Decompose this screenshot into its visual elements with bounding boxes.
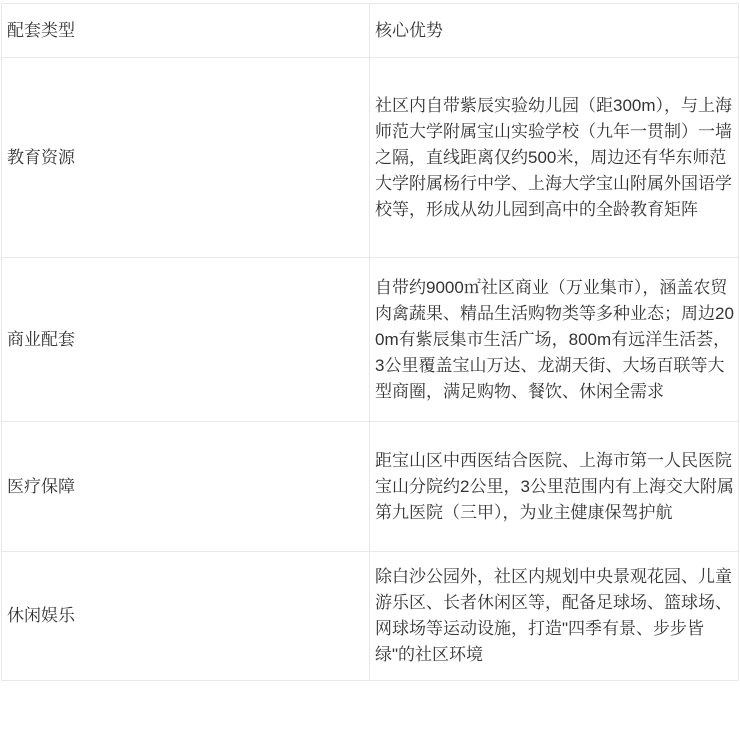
row-type-label: 商业配套 xyxy=(2,258,370,422)
table-row-commercial: 商业配套 自带约9000㎡社区商业（万业集市），涵盖农贸肉禽蔬果、精品生活购物类… xyxy=(2,258,739,422)
row-advantage-text: 自带约9000㎡社区商业（万业集市），涵盖农贸肉禽蔬果、精品生活购物类等多种业态… xyxy=(370,258,739,422)
table-row-medical: 医疗保障 距宝山区中西医结合医院、上海市第一人民医院宝山分院约2公里，3公里范围… xyxy=(2,422,739,552)
row-advantage-text: 距宝山区中西医结合医院、上海市第一人民医院宝山分院约2公里，3公里范围内有上海交… xyxy=(370,422,739,552)
table-row-leisure: 休闲娱乐 除白沙公园外，社区内规划中央景观花园、儿童游乐区、长者休闲区等，配备足… xyxy=(2,552,739,681)
row-type-label: 休闲娱乐 xyxy=(2,552,370,681)
page: 配套类型 核心优势 教育资源 社区内自带紫辰实验幼儿园（距300m），与上海师范… xyxy=(0,0,740,750)
table-row-education: 教育资源 社区内自带紫辰实验幼儿园（距300m），与上海师范大学附属宝山实验学校… xyxy=(2,58,739,258)
column-header-advantage: 核心优势 xyxy=(370,4,739,58)
row-advantage-text: 除白沙公园外，社区内规划中央景观花园、儿童游乐区、长者休闲区等，配备足球场、篮球… xyxy=(370,552,739,681)
row-type-label: 教育资源 xyxy=(2,58,370,258)
amenities-table: 配套类型 核心优势 教育资源 社区内自带紫辰实验幼儿园（距300m），与上海师范… xyxy=(1,3,739,681)
column-header-type: 配套类型 xyxy=(2,4,370,58)
row-type-label: 医疗保障 xyxy=(2,422,370,552)
row-advantage-text: 社区内自带紫辰实验幼儿园（距300m），与上海师范大学附属宝山实验学校（九年一贯… xyxy=(370,58,739,258)
table-header-row: 配套类型 核心优势 xyxy=(2,4,739,58)
